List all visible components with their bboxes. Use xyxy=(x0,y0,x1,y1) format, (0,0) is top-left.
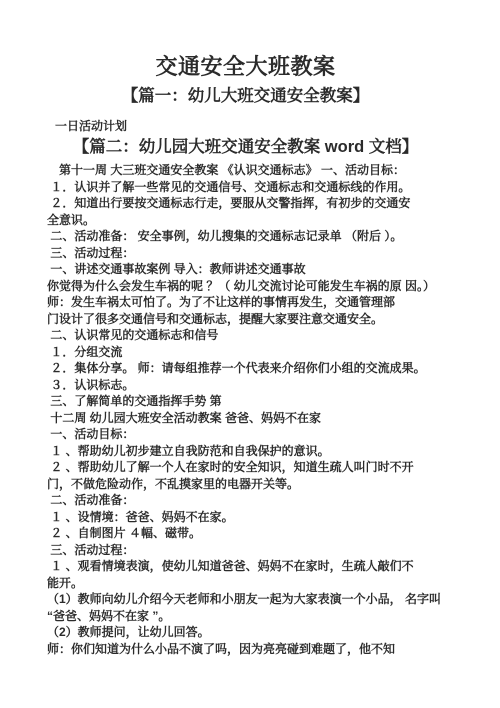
document-body: 第十一周 大三班交通安全教案 《认识交通标志》 一、活动目标： １．认识并了解一… xyxy=(47,162,444,657)
text-line: １ 、观看情境表演，使幼儿知道爸爸、妈妈不在家时，生疏人敲们不 xyxy=(47,558,444,575)
document-title: 交通安全大班教案 xyxy=(47,52,444,82)
text-line: 师：你们知道为什么小品不演了吗，因为亮亮碰到难题了，他不知 xyxy=(47,641,444,658)
text-line: １ 、帮助幼儿初步建立自我防范和自我保护的意识。 xyxy=(47,443,444,460)
text-line: 二、活动准备： xyxy=(47,492,444,509)
document-page: 交通安全大班教案 【篇一：幼儿大班交通安全教案】 一日活动计划 【篇二：幼儿园大… xyxy=(0,0,500,708)
text-line: 第十一周 大三班交通安全教案 《认识交通标志》 一、活动目标： xyxy=(47,162,444,179)
plan-label: 一日活动计划 xyxy=(55,119,444,134)
part2-heading: 【篇二：幼儿园大班交通安全教案 word 文档】 xyxy=(47,136,444,158)
text-line: 一、活动目标： xyxy=(47,426,444,443)
text-line: （2）教师提问，让幼儿回答。 xyxy=(47,624,444,641)
text-line: 三、了解简单的交通指挥手势 第 xyxy=(47,393,444,410)
text-line: ２ 、帮助幼儿了解一个人在家时的安全知识，知道生疏人叫门时不开 xyxy=(47,459,444,476)
text-line: （1）教师向幼儿介绍今天老师和小朋友一起为大家表演一个小品， 名字叫 xyxy=(47,591,444,608)
text-line: 门设计了很多交通信号和交通标志，提醒大家要注意交通安全。 xyxy=(47,311,444,328)
text-line: “爸爸、妈妈不在家 ”。 xyxy=(47,608,444,625)
text-line: １．认识并了解一些常见的交通信号、交通标志和交通标线的作用。 xyxy=(47,179,444,196)
text-line: 二、认识常见的交通标志和信号 xyxy=(47,327,444,344)
text-line: 你觉得为什么会发生车祸的呢 ？（ 幼儿交流讨论可能发生车祸的原 因。） xyxy=(47,278,444,295)
text-line: 十二周 幼儿园大班安全活动教案 爸爸、妈妈不在家 xyxy=(47,410,444,427)
text-line: 一、讲述交通事故案例 导入：教师讲述交通事故 xyxy=(47,261,444,278)
text-line: 三、活动过程： xyxy=(47,245,444,262)
text-line: 师：发生车祸太可怕了。为了不让这样的事情再发生，交通管理部 xyxy=(47,294,444,311)
text-line: 三、活动过程： xyxy=(47,542,444,559)
text-line: ３．认识标志。 xyxy=(47,377,444,394)
text-line: ２．集体分享。 师：请每组推荐一个代表来介绍你们小组的交流成果。 xyxy=(47,360,444,377)
text-line: ２ 、自制图片 ４幅、磁带。 xyxy=(47,525,444,542)
text-line: ２．知道出行要按交通标志行走，要服从交警指挥，有初步的交通安 xyxy=(47,195,444,212)
text-line: 门，不做危险动作，不乱摸家里的电器开关等。 xyxy=(47,476,444,493)
text-line: １ 、设情境：爸爸、妈妈不在家。 xyxy=(47,509,444,526)
text-line: １．分组交流 xyxy=(47,344,444,361)
text-line: 全意识。 xyxy=(47,212,444,229)
text-line: 能开。 xyxy=(47,575,444,592)
text-line: 二、活动准备： 安全事例，幼儿搜集的交通标志记录单 （附后 ）。 xyxy=(47,228,444,245)
part1-heading: 【篇一：幼儿大班交通安全教案】 xyxy=(47,86,444,107)
